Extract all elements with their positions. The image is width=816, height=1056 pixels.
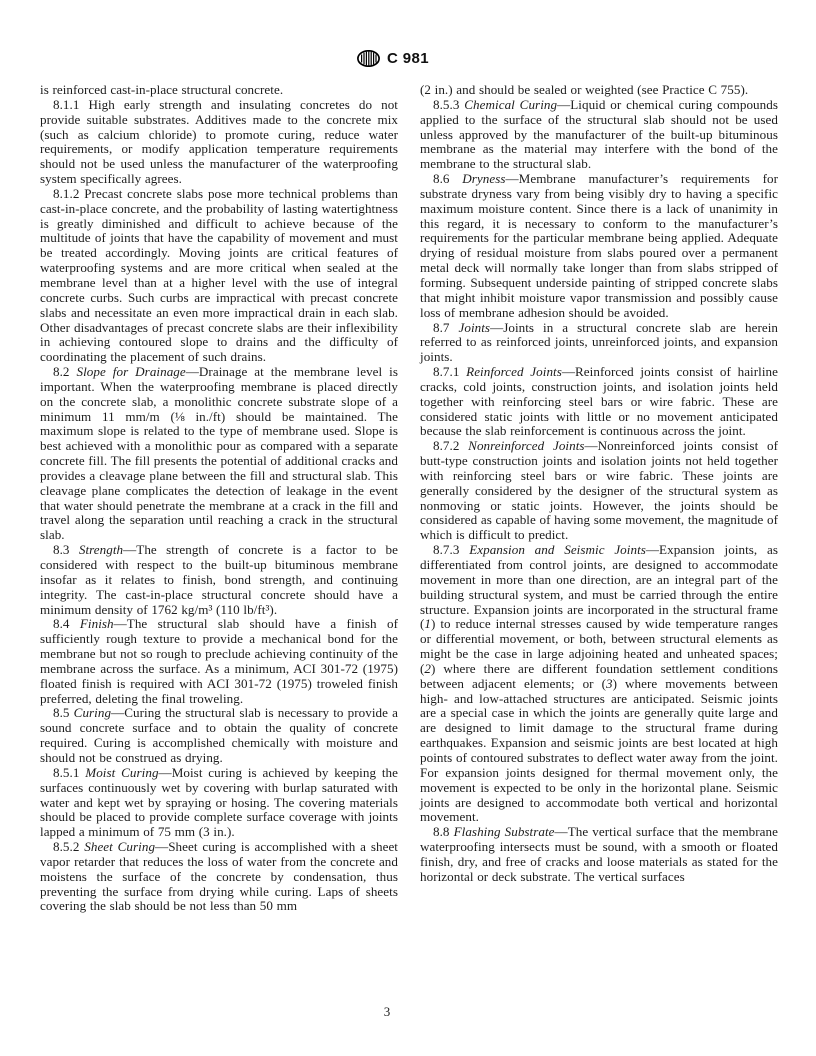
paragraph: 8.7 Joints—Joints in a structural concre… bbox=[420, 321, 778, 366]
paragraph: 8.8 Flashing Substrate—The vertical surf… bbox=[420, 825, 778, 884]
document-header: C 981 bbox=[0, 50, 816, 67]
document-page: C 981 is reinforced cast-in-place struct… bbox=[0, 0, 816, 1056]
paragraph: 8.1.2 Precast concrete slabs pose more t… bbox=[40, 187, 398, 365]
paragraph: (2 in.) and should be sealed or weighted… bbox=[420, 83, 778, 98]
paragraph: 8.7.3 Expansion and Seismic Joints—Expan… bbox=[420, 543, 778, 825]
standard-designation: C 981 bbox=[387, 50, 429, 67]
paragraph: 8.1.1 High early strength and insulating… bbox=[40, 98, 398, 187]
paragraph: 8.4 Finish—The structural slab should ha… bbox=[40, 617, 398, 706]
paragraph: 8.5 Curing—Curing the structural slab is… bbox=[40, 706, 398, 765]
right-column: (2 in.) and should be sealed or weighted… bbox=[420, 83, 778, 914]
paragraph: 8.7.2 Nonreinforced Joints—Nonreinforced… bbox=[420, 439, 778, 543]
page-number: 3 bbox=[0, 1004, 816, 1020]
astm-logo-icon bbox=[357, 50, 380, 67]
paragraph: 8.3 Strength—The strength of concrete is… bbox=[40, 543, 398, 617]
paragraph: 8.2 Slope for Drainage—Drainage at the m… bbox=[40, 365, 398, 543]
paragraph: 8.6 Dryness—Membrane manufacturer’s requ… bbox=[420, 172, 778, 320]
paragraph: 8.7.1 Reinforced Joints—Reinforced joint… bbox=[420, 365, 778, 439]
left-column: is reinforced cast-in-place structural c… bbox=[40, 83, 398, 914]
paragraph: is reinforced cast-in-place structural c… bbox=[40, 83, 398, 98]
paragraph: 8.5.3 Chemical Curing—Liquid or chemical… bbox=[420, 98, 778, 172]
paragraph: 8.5.2 Sheet Curing—Sheet curing is accom… bbox=[40, 840, 398, 914]
text-columns: is reinforced cast-in-place structural c… bbox=[40, 83, 778, 914]
paragraph: 8.5.1 Moist Curing—Moist curing is achie… bbox=[40, 766, 398, 840]
